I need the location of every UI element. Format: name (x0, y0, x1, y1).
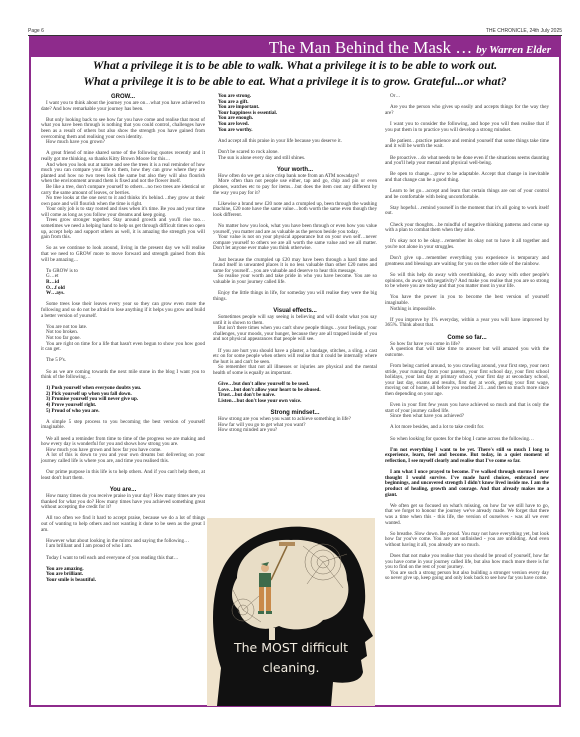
article-banner: The Man Behind the Mask …by Warren Elder (31, 38, 559, 57)
paragraph: Be open to change…grow to be adaptable. … (385, 172, 549, 183)
paragraph: All too often we find it hard to accept … (41, 516, 205, 533)
article-frame: The Man Behind the Mask …by Warren Elder… (29, 36, 561, 707)
paragraph: You are right on time for a life that ha… (41, 342, 205, 353)
list-item: Your smile is beautiful. (41, 578, 205, 584)
paragraph: More often than not people use either, t… (213, 179, 377, 196)
paragraph: A lot of this is down to you and your ow… (41, 453, 205, 464)
paragraph: But only looking back to see how far you… (41, 118, 205, 140)
article-deck: What a privilege it is to be able to wal… (31, 58, 559, 89)
paragraph: So as we are coming towards the next mil… (41, 370, 205, 381)
paragraph: So as we continue to look around, living… (41, 246, 205, 263)
paragraph: So realise your worth and take pride in … (213, 274, 377, 285)
article-byline: by Warren Elder (476, 44, 551, 56)
paragraph: A simple 5 step process to you becoming … (41, 420, 205, 431)
brain-cleaning-illustration: The MOST difficult cleaning. (207, 518, 375, 706)
paragraph: A great friend of mine shared some of th… (41, 151, 205, 162)
column-1: GROW... I want you to think about the jo… (41, 94, 205, 583)
paragraph: If you are hurt you should have a plaste… (213, 349, 377, 366)
paragraph: If you improve by 1% everyday, within a … (385, 318, 549, 329)
illustration-caption: cleaning. (207, 660, 375, 676)
paragraph: Learn to let go…accept and learn that ce… (385, 189, 549, 200)
deck-line: What a privilege it is to be able to eat… (31, 74, 559, 90)
affirmations-list: You are amazing. You are brilliant. Your… (41, 567, 205, 584)
paragraph: Trees grow stronger together. Stay aroun… (41, 218, 205, 240)
paragraph: Be patient…practice patience and remind … (385, 139, 549, 150)
affirmations-list: You are strong. You are a gift. You are … (213, 94, 377, 133)
paragraph: And when you look out at nature and see … (41, 163, 205, 185)
head-silhouette-icon (207, 518, 375, 706)
article-title: The Man Behind the Mask … (269, 38, 473, 57)
paragraph: Your value is not on your physical appea… (213, 235, 377, 252)
paragraph: So will this help do away with overthink… (385, 273, 549, 290)
five-ps-list: 1) Push yourself when everyone doubts yo… (41, 386, 205, 414)
paragraph: So when looking for quotes for the blog … (385, 437, 549, 443)
paragraph: How strong minded are you? (213, 428, 377, 434)
paragraph: Likewise a brand new £20 note and a crum… (213, 202, 377, 219)
paragraph: But isn't there times when you can't sho… (213, 326, 377, 343)
running-header: Page 6 THE CHRONICLE, 24th July 2025 (28, 27, 562, 36)
give-love-trust-list: Give…but don't allow yourself to be used… (213, 382, 377, 404)
paragraph: Some trees lose their leaves every year … (41, 302, 205, 319)
paragraph: Just because the crumpled up £20 may hav… (213, 258, 377, 275)
paragraph: So remember that not all illnesses or in… (213, 365, 377, 376)
paragraph: How many times do you receive praise in … (41, 494, 205, 511)
column-2: You are strong. You are a gift. You are … (213, 94, 377, 434)
paragraph: Are you the person who gives up easily a… (385, 105, 549, 116)
illustration-caption: The MOST difficult (207, 640, 375, 656)
grow-acronym: To GROW is to G…et R…id O…f old W…ays. (41, 269, 205, 297)
paragraph: So breathe. Slow down. Be proud. You may… (385, 532, 549, 549)
paragraph: Check your thoughts…be mindful of negati… (385, 223, 549, 234)
quote-paragraph: I'm not everything I want to be yet. The… (385, 448, 549, 465)
paragraph: Enjoy the little things in life, for som… (213, 291, 377, 302)
paragraph: Does that not make you realise that you … (385, 554, 549, 571)
paragraph: Be proactive…do what needs to be done ev… (385, 156, 549, 167)
quote-paragraph: I am what I once prayed to become. I've … (385, 470, 549, 498)
paragraph: I want you to consider the following, an… (385, 122, 549, 133)
paragraph: We often get so focused on what's missin… (385, 504, 549, 526)
paragraph: Don't give up…remember everything you ex… (385, 256, 549, 267)
paragraph: A question that will take time to answer… (385, 347, 549, 358)
publication-date: THE CHRONICLE, 24th July 2025 (486, 28, 562, 34)
column-3: Or… Are you the person who gives up easi… (385, 94, 549, 582)
paragraph: Stay hopeful…remind yourself in the mome… (385, 206, 549, 217)
paragraph: I want you to think about the journey yo… (41, 101, 205, 112)
page-number: Page 6 (28, 28, 44, 34)
paragraph: You have the power in you to become the … (385, 295, 549, 306)
paragraph: You are such a strong person but also bu… (385, 571, 549, 582)
paragraph: Our prime purpose in this life is to hel… (41, 470, 205, 481)
paragraph: It's okay not to be okay…remember its ok… (385, 239, 549, 250)
not-too-late-lines: You are not too late. Not too broken. No… (41, 325, 205, 342)
deck-line: What a privilege it is to be able to wal… (31, 58, 559, 74)
paragraph: From being carried around, to you crawli… (385, 364, 549, 398)
